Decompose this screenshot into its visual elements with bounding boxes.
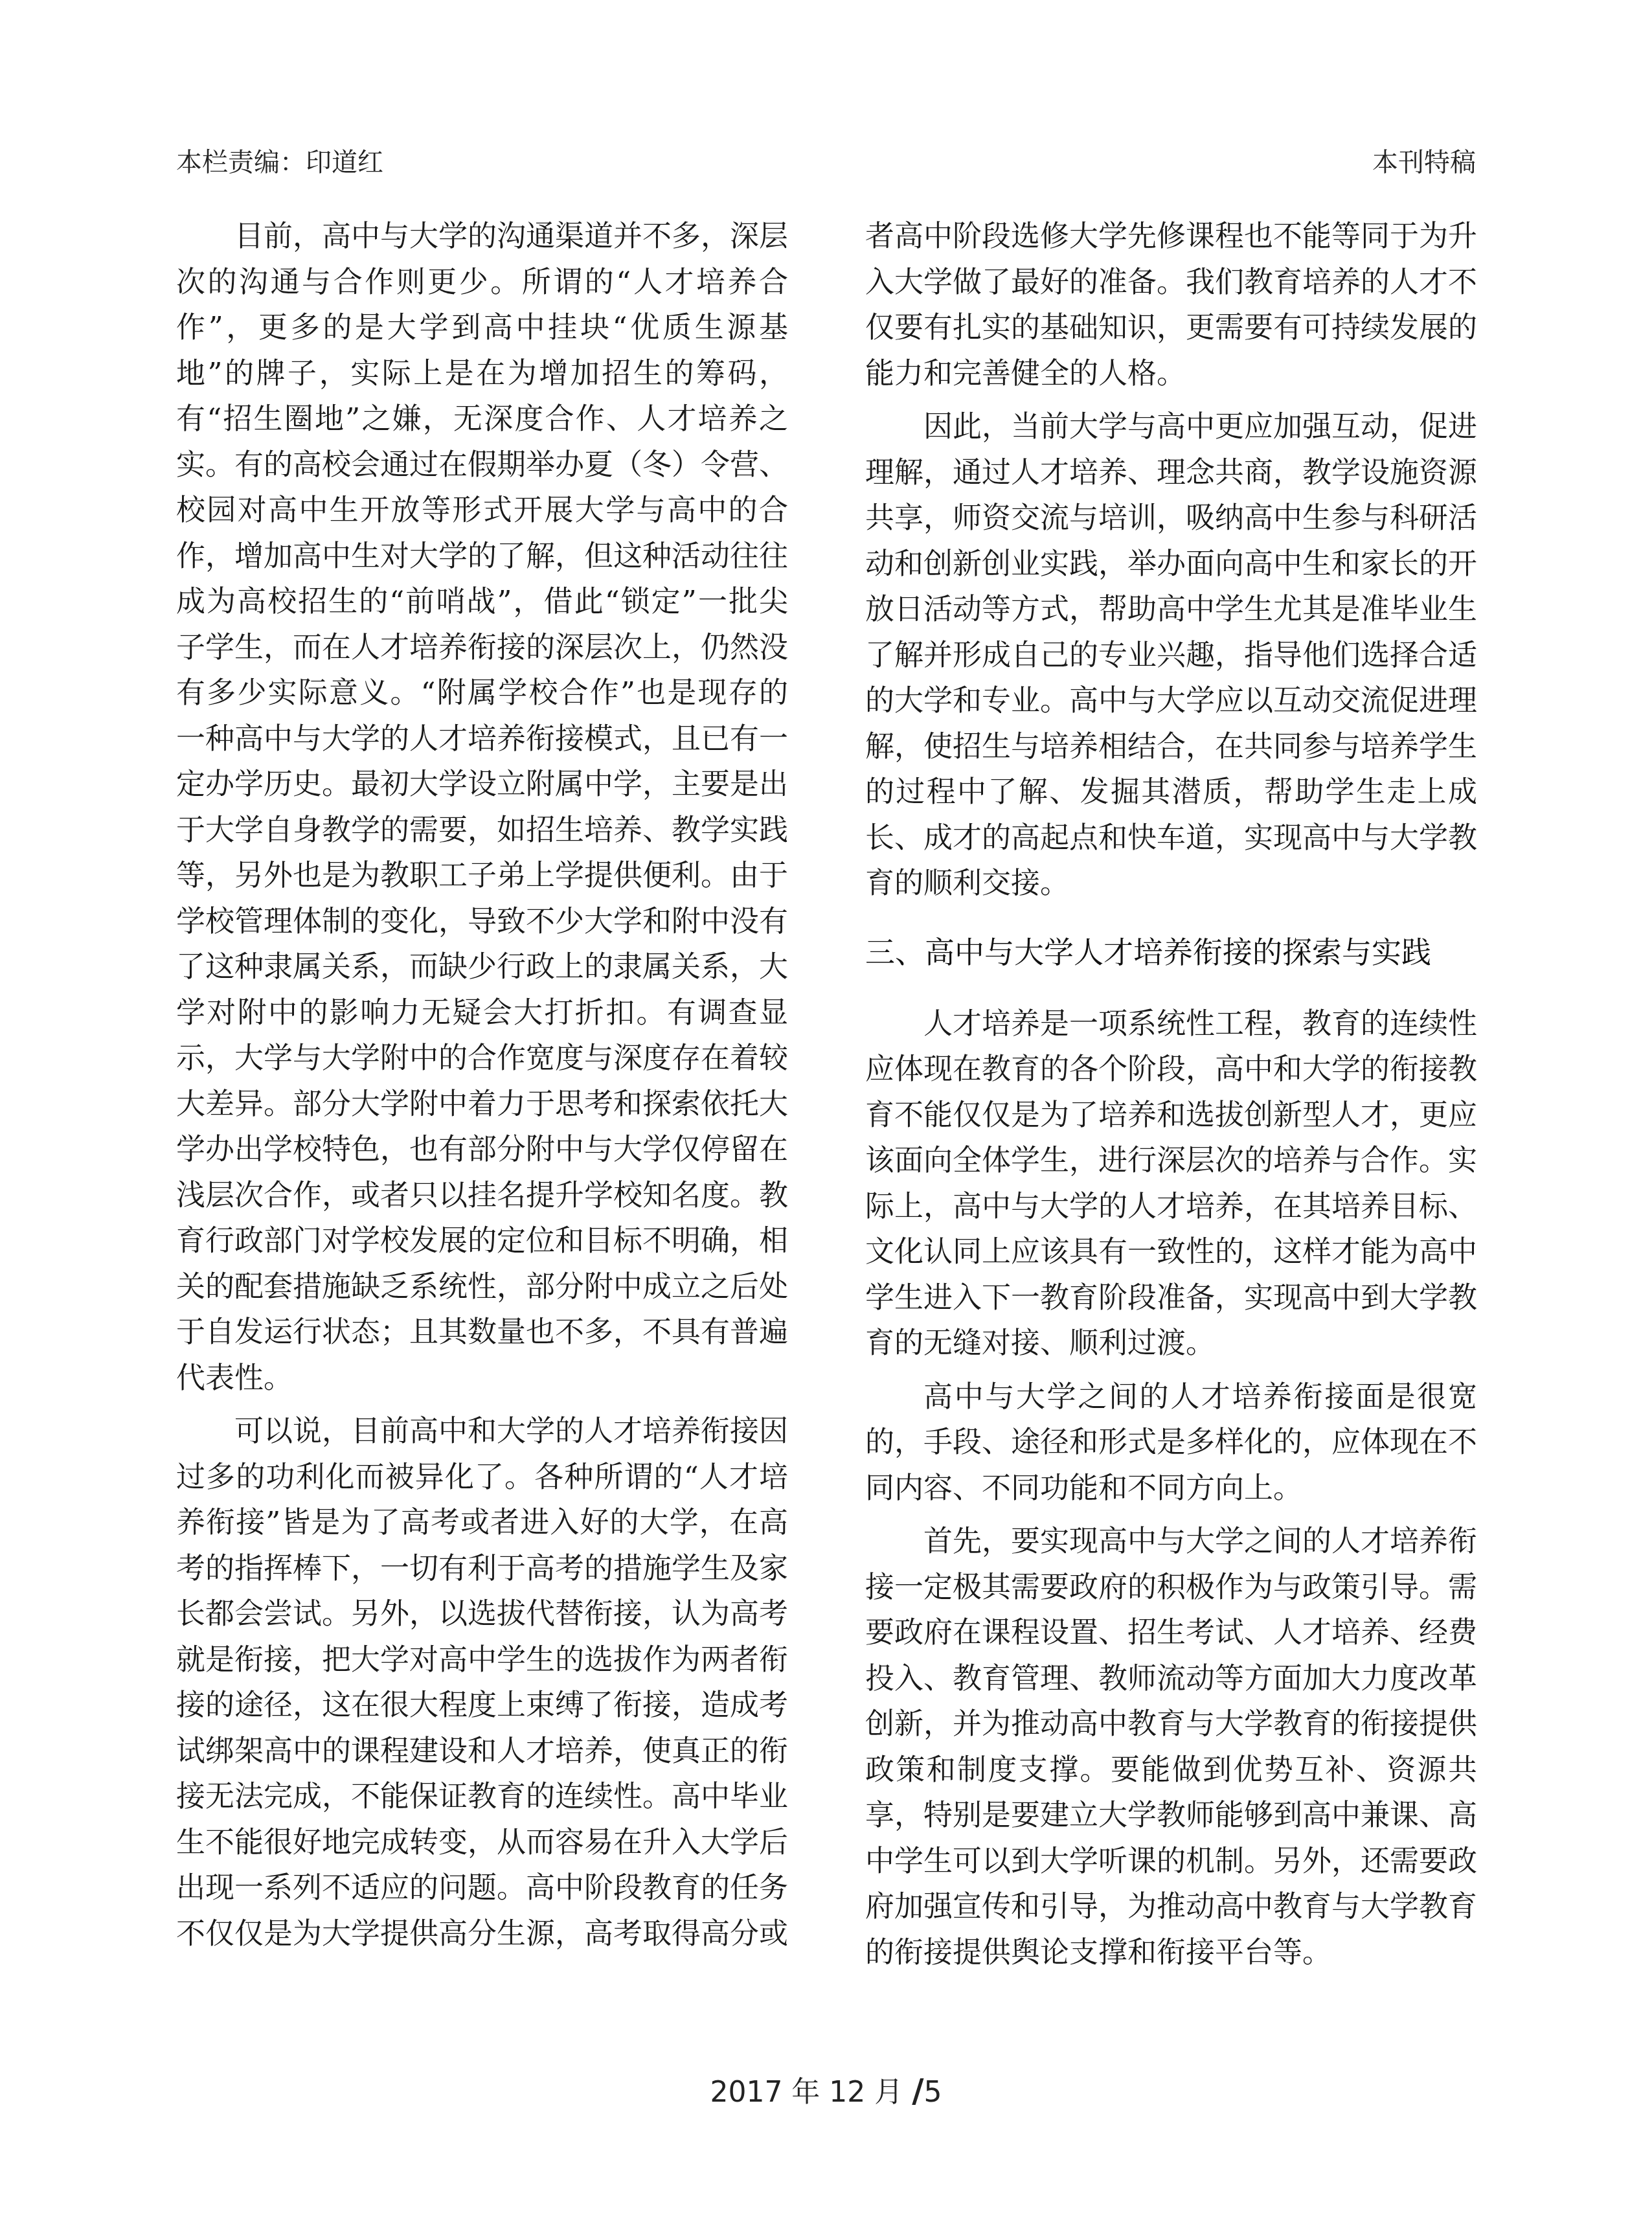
page-number: 5 xyxy=(924,2076,942,2109)
paragraph: 首先，要实现高中与大学之间的人才培养衔接一定极其需要政府的积极作为与政策引导。需… xyxy=(865,1519,1477,1975)
issue-date: 2017 年 12 月 xyxy=(710,2076,912,2109)
page-footer: 2017 年 12 月 /5 xyxy=(0,2071,1652,2112)
section-heading: 三、高中与大学人才培养衔接的探索与实践 xyxy=(865,933,1477,971)
section-label: 本刊特稿 xyxy=(1372,146,1476,179)
right-column: 者高中阶段选修大学先修课程也不能等同于为升入大学做了最好的准备。我们教育培养的人… xyxy=(865,214,1477,1983)
footer-separator: / xyxy=(912,2072,923,2109)
paragraph: 可以说，目前高中和大学的人才培养衔接因过多的功利化而被异化了。各种所谓的“人才培… xyxy=(176,1409,788,1957)
paragraph: 目前，高中与大学的沟通渠道并不多，深层次的沟通与合作则更少。所谓的“人才培养合作… xyxy=(176,214,788,1401)
left-column: 目前，高中与大学的沟通渠道并不多，深层次的沟通与合作则更少。所谓的“人才培养合作… xyxy=(176,214,788,1964)
paragraph: 人才培养是一项系统性工程，教育的连续性应体现在教育的各个阶段，高中和大学的衔接教… xyxy=(865,1001,1477,1367)
paragraph: 高中与大学之间的人才培养衔接面是很宽的，手段、途径和形式是多样化的，应体现在不同… xyxy=(865,1374,1477,1512)
paragraph-continuation: 者高中阶段选修大学先修课程也不能等同于为升入大学做了最好的准备。我们教育培养的人… xyxy=(865,214,1477,396)
column-editor-label: 本栏责编：印道红 xyxy=(176,146,383,179)
paragraph: 因此，当前大学与高中更应加强互动，促进理解，通过人才培养、理念共商，教学设施资源… xyxy=(865,404,1477,907)
